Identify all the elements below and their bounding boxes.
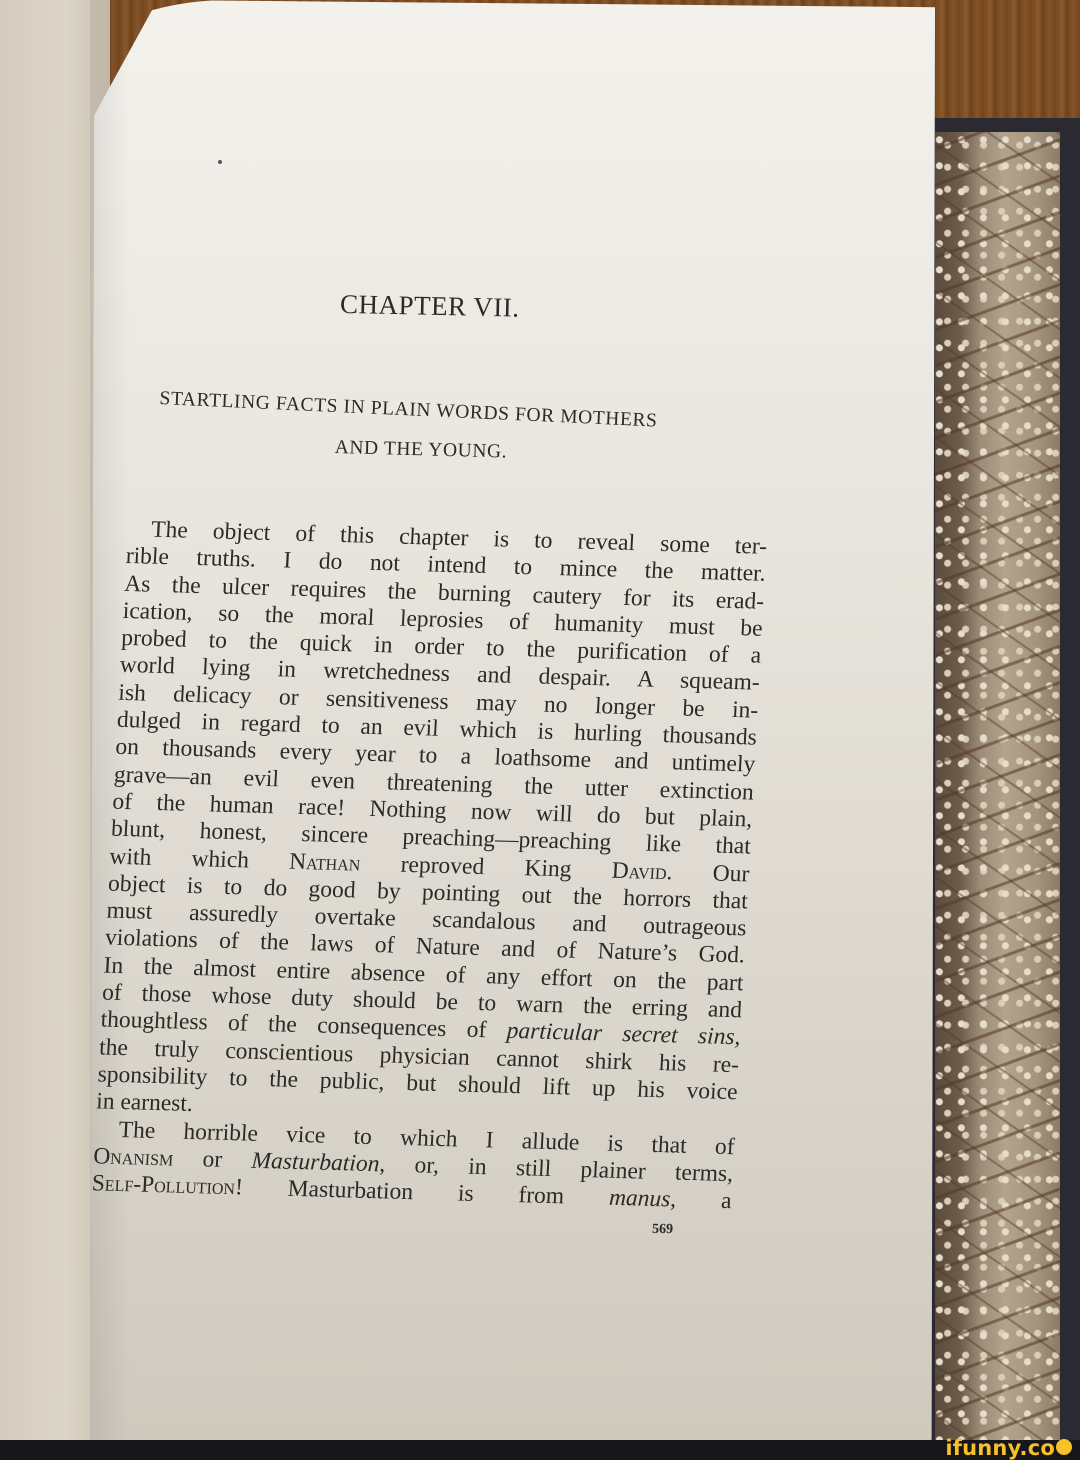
term-onanism: Onanism [93,1143,174,1171]
ifunny-watermark: ifunny.co [945,1436,1072,1460]
text-run: or [173,1145,253,1173]
italic-term: Masturbation [251,1148,380,1178]
chapter-subtitle-line-1: STARTLING FACTS IN PLAIN WORDS FOR MOTHE… [159,388,658,433]
chapter-title: CHAPTER VII. [340,289,641,326]
chapter-subtitle-line-2: AND THE YOUNG. [334,437,507,464]
watermark-text: ifunny.co [945,1436,1055,1460]
page-number: 569 [652,1222,673,1238]
page-text: CHAPTER VII. STARTLING FACTS IN PLAIN WO… [0,0,1080,1440]
smiley-icon [1056,1439,1072,1455]
body-text: The object of this chapter is to reveal … [91,516,768,1216]
watermark-bar [0,1440,1080,1460]
term-self-pollution: Self-Pollution [91,1170,236,1200]
text-run: . Our [666,859,750,887]
text-run: , a [670,1187,733,1215]
name-david: David [611,857,667,885]
italic-term: manus [608,1185,671,1213]
text-run: with which [109,843,290,874]
name-nathan: Nathan [289,848,362,876]
